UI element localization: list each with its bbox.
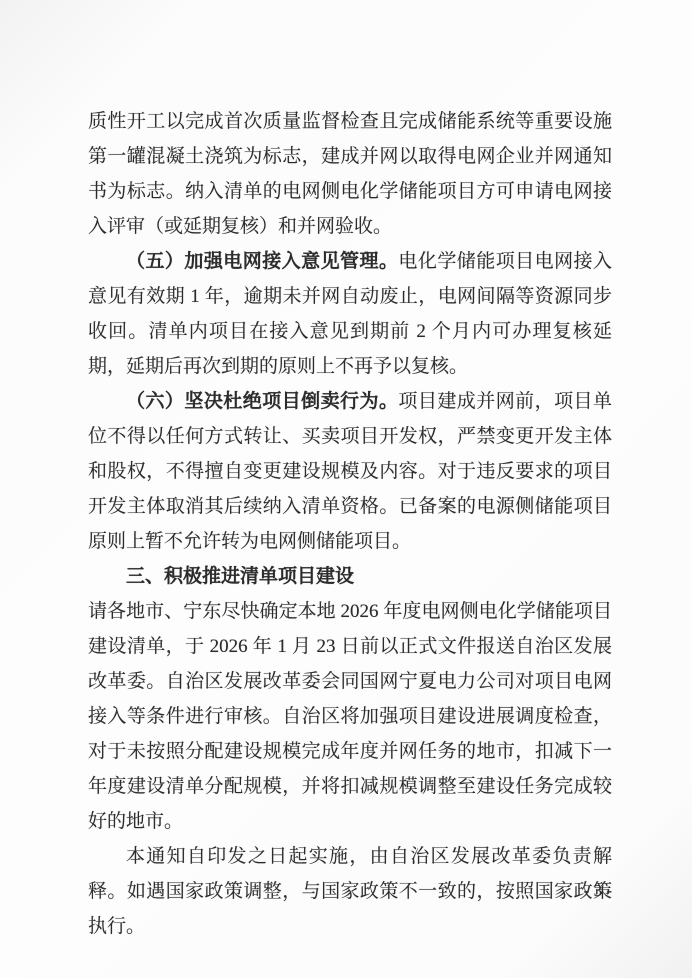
paragraph-text-run: 项目建成并网前，项目单位不得以任何方式转让、买卖项目开发权，严禁变更开发主体和股… [88, 391, 612, 552]
heading-section-3: 三、积极推进清单项目建设 [88, 559, 612, 594]
para-section-3-body: 请各地市、宁东尽快确定本地 2026 年度电网侧电化学储能项目建设清单，于 20… [88, 594, 612, 839]
scanned-document-page: 质性开工以完成首次质量监督检查且完成储能系统等重要设施第一罐混凝土浇筑为标志，建… [0, 0, 692, 978]
para-item-5: （五）加强电网接入意见管理。电化学储能项目电网接入意见有效期 1 年，逾期未并网… [88, 244, 612, 384]
paragraph-bold-run: （六）坚决杜绝项目倒卖行为。 [126, 391, 398, 412]
para-item-6: （六）坚决杜绝项目倒卖行为。项目建成并网前，项目单位不得以任何方式转让、买卖项目… [88, 384, 612, 559]
para-continuation: 质性开工以完成首次质量监督检查且完成储能系统等重要设施第一罐混凝土浇筑为标志，建… [88, 104, 612, 244]
paragraph-text-run: 质性开工以完成首次质量监督检查且完成储能系统等重要设施第一罐混凝土浇筑为标志，建… [88, 111, 612, 237]
paragraph-bold-run: 三、积极推进清单项目建设 [126, 566, 354, 587]
paragraph-text-run: 请各地市、宁东尽快确定本地 2026 年度电网侧电化学储能项目建设清单，于 20… [88, 601, 612, 832]
paragraph-bold-run: （五）加强电网接入意见管理。 [126, 251, 398, 272]
document-body: 质性开工以完成首次质量监督检查且完成储能系统等重要设施第一罐混凝土浇筑为标志，建… [88, 104, 612, 944]
page-number: - 3 - [0, 880, 612, 902]
